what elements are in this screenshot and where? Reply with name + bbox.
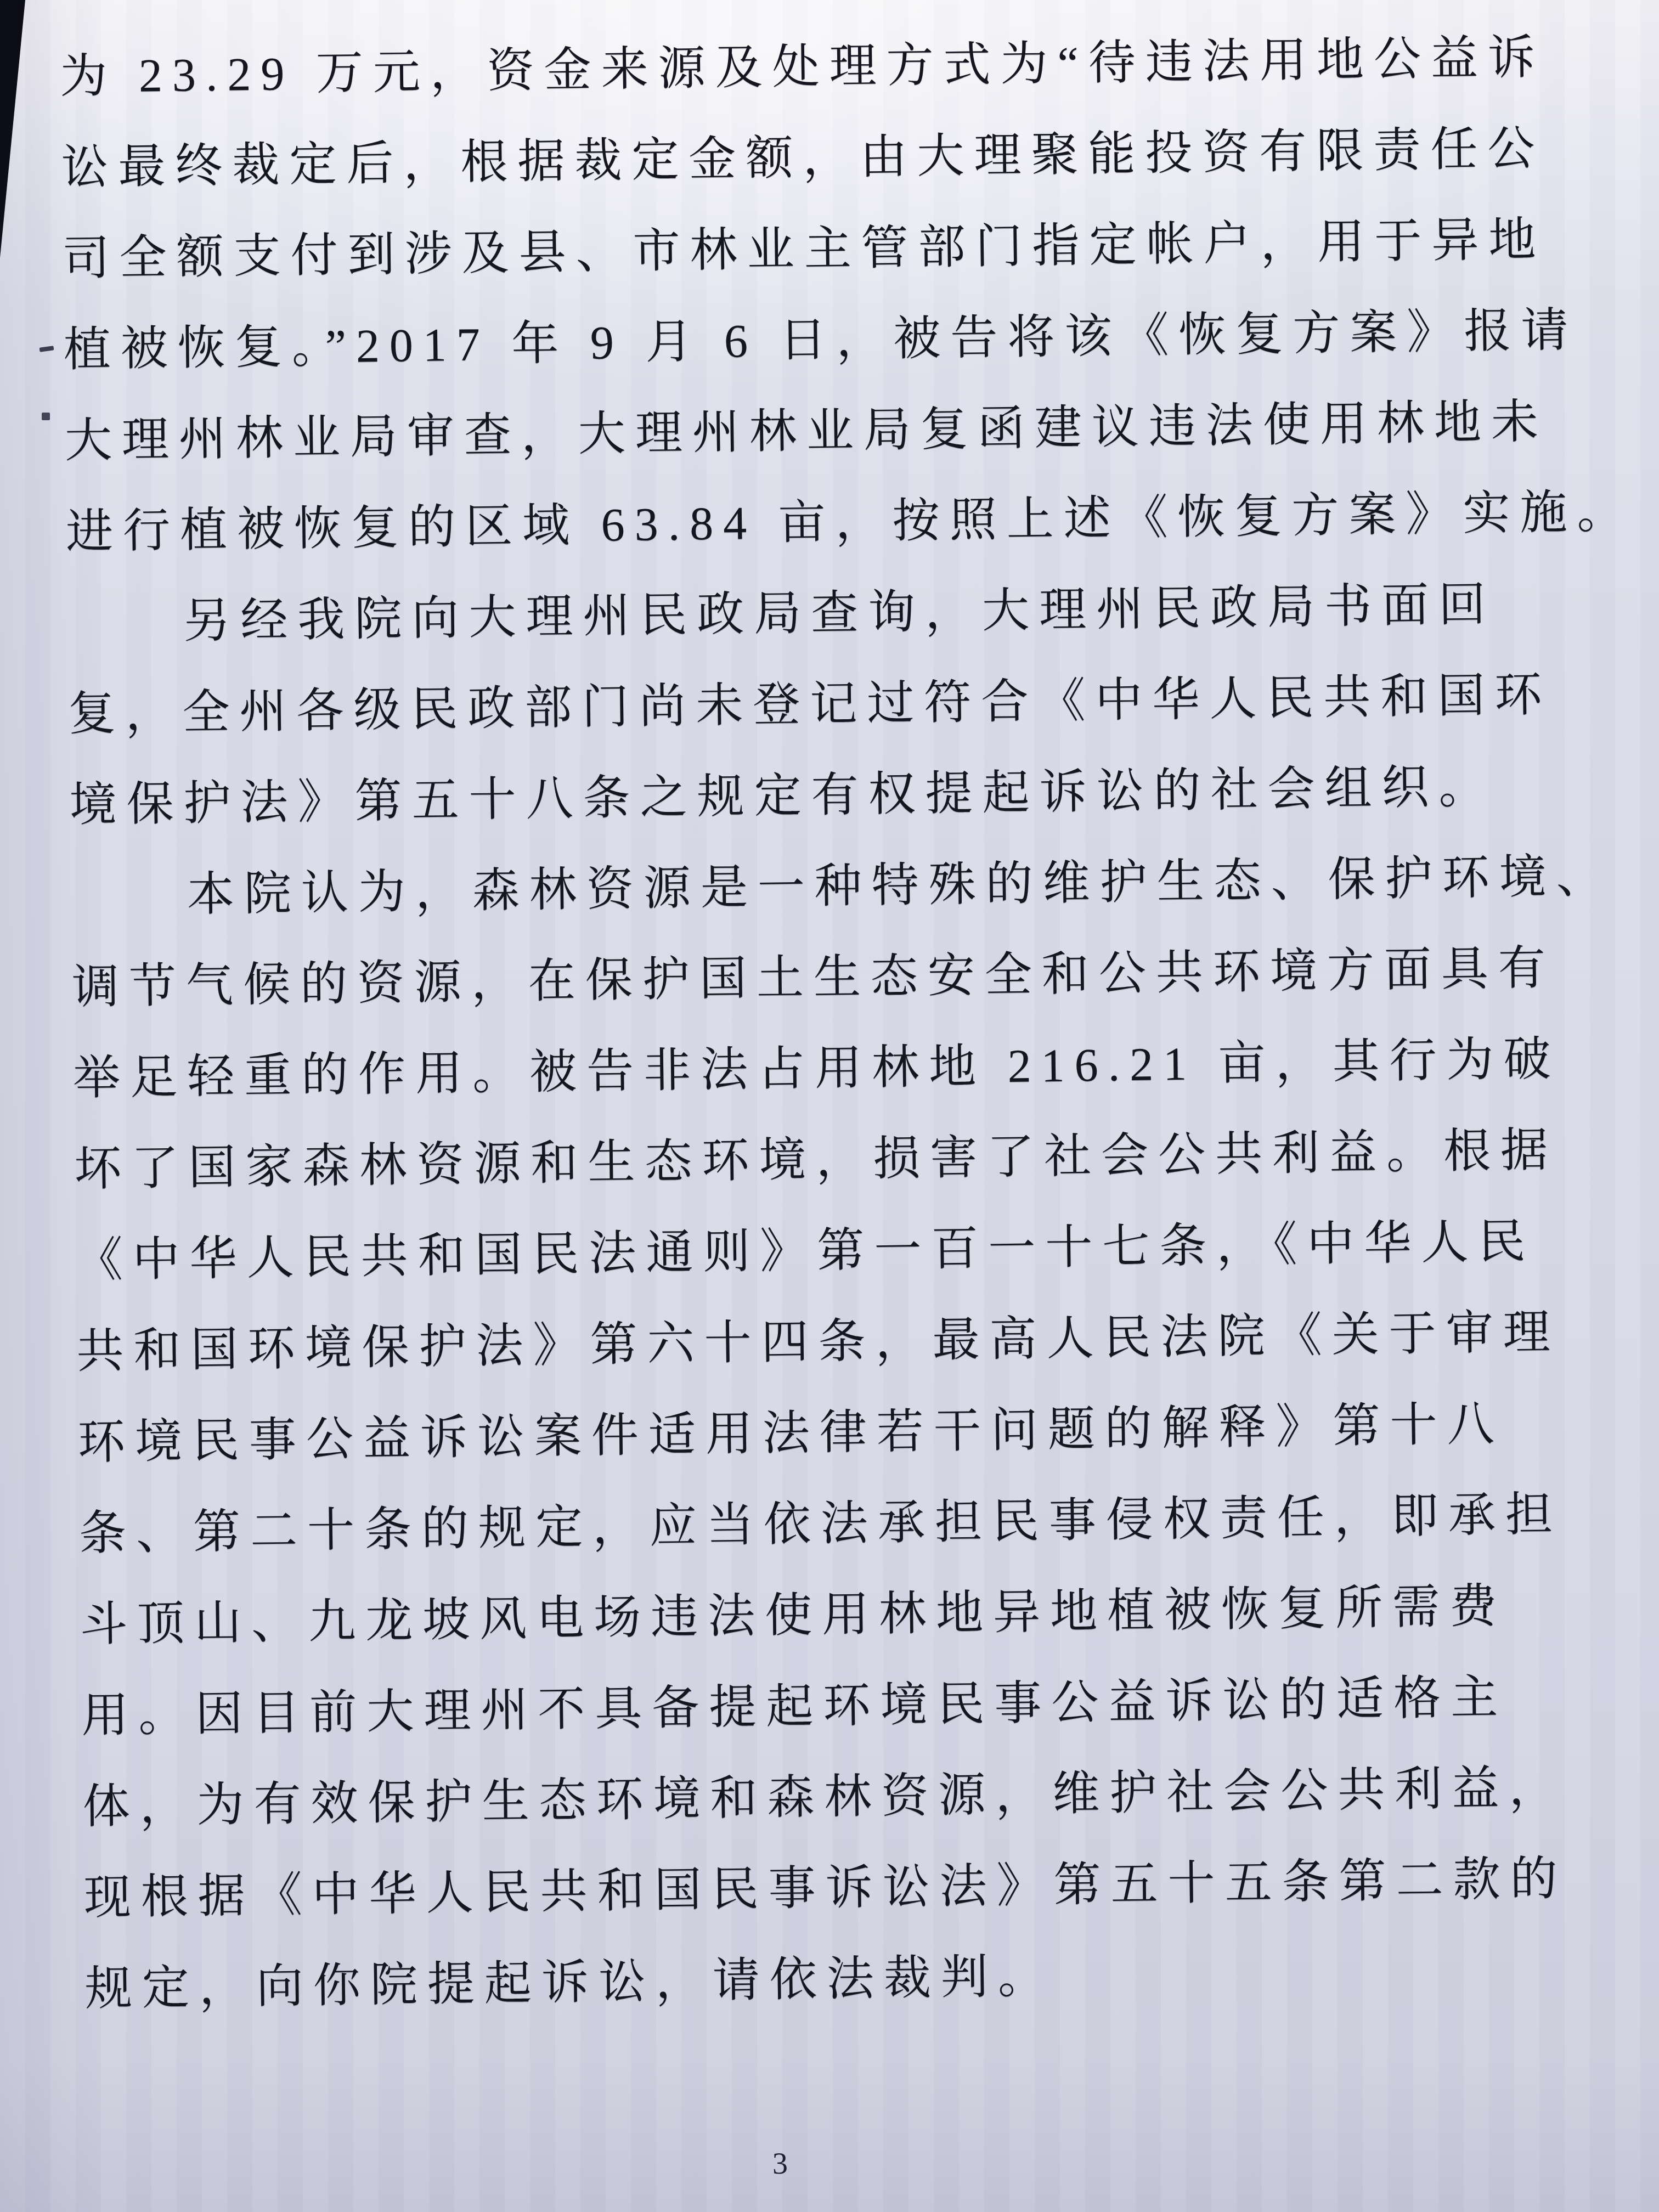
text-line: 规定，向你院提起诉讼，请依法裁判。 bbox=[84, 1923, 1622, 2035]
document-body: 为 23.29 万元，资金来源及处理方式为“待违法用地公益诉 讼最终裁定后，根据… bbox=[59, 11, 1622, 2034]
page-number: 3 bbox=[772, 2146, 788, 2181]
document-page: 为 23.29 万元，资金来源及处理方式为“待违法用地公益诉 讼最终裁定后，根据… bbox=[0, 0, 1659, 2212]
photo-corner-shadow bbox=[0, 0, 25, 258]
ink-speck bbox=[39, 346, 54, 352]
ink-speck bbox=[42, 413, 50, 420]
